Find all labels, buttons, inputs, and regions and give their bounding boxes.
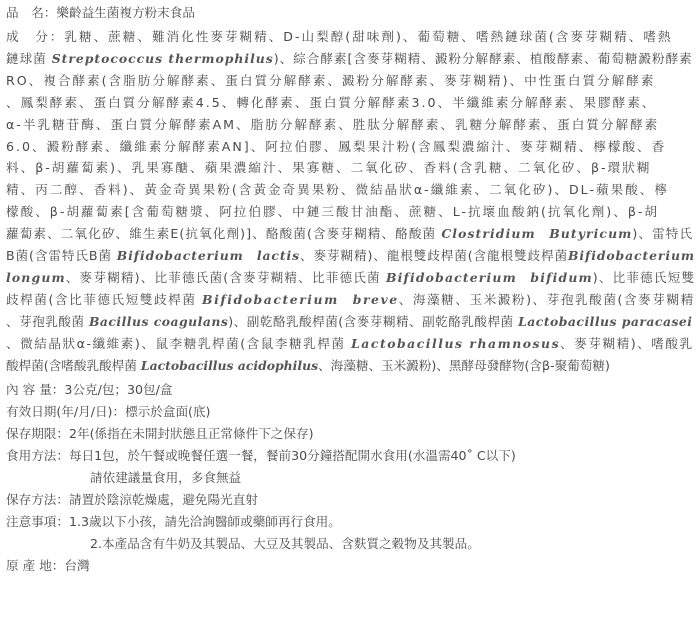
ingredients-line: 蘿蔔素、二氧化矽、維生素E(抗氧化劑)]、酪酸菌(含麥芽糊精、酪酸菌 Clost… bbox=[6, 223, 694, 245]
ingredients-line: longum、麥芽糊精)、比菲德氏菌(含麥芽糊精、比菲德氏菌 Bifidobac… bbox=[6, 267, 694, 289]
expiry-date-label: 有效日期(年/月/日)： bbox=[6, 401, 125, 423]
shelf-life-value: 2年(係指在未開封狀態且正常條件下之保存) bbox=[69, 423, 314, 445]
usage-line-1: 每日1包，於午餐或晚餐任選一餐，餐前30分鐘搭配開水食用(水溫需40˚ C以下) bbox=[69, 445, 516, 467]
storage-row: 保存方法： 請置於陰涼乾燥處，避免陽光直射 bbox=[6, 489, 696, 511]
ingredients-line: 、微結晶狀α-纖維素)、鼠李糖乳桿菌(含鼠李糖乳桿菌 Lactobacillus… bbox=[6, 333, 694, 355]
expiry-date-value: 標示於盒面(底) bbox=[125, 401, 210, 423]
scientific-name: Bifidobacterium bbox=[568, 248, 695, 263]
usage-row-2: 請依建議量食用，多食無益 bbox=[6, 467, 696, 489]
ingredients-line: 6.0、澱粉酵素、纖維素分解酵素AN]、阿拉伯膠、鳳梨果汁粉(含鳳梨濃縮汁、麥芽… bbox=[6, 136, 694, 158]
ingredients-line: 精、丙二醇、香料)、黃金奇異果粉(含黃金奇異果粉、微結晶狀α-纖維素、二氧化矽)… bbox=[6, 179, 694, 201]
scientific-name: Bifidobacterium breve bbox=[202, 292, 399, 307]
net-content-row: 內 容 量： 3公克/包；30包/盒 bbox=[6, 379, 696, 401]
scientific-name: Bacillus coagulans bbox=[89, 314, 228, 329]
notes-row: 注意事項： 1.3歲以下小孩，請先洽詢醫師或藥師再行食用。 bbox=[6, 511, 696, 533]
storage-value: 請置於陰涼乾燥處，避免陽光直射 bbox=[69, 489, 258, 511]
origin-row: 原 產 地： 台灣 bbox=[6, 555, 696, 577]
product-name-value: 樂齡益生菌複方粉末食品 bbox=[56, 2, 195, 24]
product-name-label: 品 名： bbox=[6, 2, 56, 24]
notes-row-2: 2.本產品含有牛奶及其製品、大豆及其製品、含麩質之穀物及其製品。 bbox=[6, 533, 696, 555]
ingredients-line: 鏈球菌 Streptococcus thermophilus)、綜合酵素[含麥芽… bbox=[6, 48, 694, 70]
usage-row: 食用方法： 每日1包，於午餐或晚餐任選一餐，餐前30分鐘搭配開水食用(水溫需40… bbox=[6, 445, 696, 467]
ingredients-line: 、鳳梨酵素、蛋白質分解酵素4.5、轉化酵素、蛋白質分解酵素3.0、半纖維素分解酵… bbox=[6, 92, 694, 114]
scientific-name: Lactobacillus acidophilus bbox=[141, 358, 318, 373]
net-content-label: 內 容 量： bbox=[6, 379, 64, 401]
scientific-name: longum bbox=[6, 270, 66, 285]
ingredients-section: 成 分：乳糖、蔗糖、難消化性麥芽糊精、D-山梨醇(甜味劑)、葡萄糖、嗜熱鏈球菌(… bbox=[6, 26, 696, 377]
product-name-row: 品 名： 樂齡益生菌複方粉末食品 bbox=[6, 2, 696, 24]
scientific-name: Lactobacillus paracasei bbox=[518, 314, 692, 329]
ingredients-lines: 成 分：乳糖、蔗糖、難消化性麥芽糊精、D-山梨醇(甜味劑)、葡萄糖、嗜熱鏈球菌(… bbox=[6, 26, 696, 377]
origin-value: 台灣 bbox=[64, 555, 89, 577]
storage-label: 保存方法： bbox=[6, 489, 69, 511]
ingredients-line: 成 分：乳糖、蔗糖、難消化性麥芽糊精、D-山梨醇(甜味劑)、葡萄糖、嗜熱鏈球菌(… bbox=[6, 26, 694, 48]
net-content-value: 3公克/包；30包/盒 bbox=[64, 379, 172, 401]
shelf-life-label: 保存期限： bbox=[6, 423, 69, 445]
ingredients-line: 檬酸、β-胡蘿蔔素[含葡萄糖漿、阿拉伯膠、中鏈三酸甘油酯、蔗糖、L-抗壞血酸鈉(… bbox=[6, 201, 694, 223]
ingredients-line: 歧桿菌(含比菲德氏短雙歧桿菌 Bifidobacterium breve、海藻糖… bbox=[6, 289, 694, 311]
notes-line-1: 1.3歲以下小孩，請先洽詢醫師或藥師再行食用。 bbox=[69, 511, 341, 533]
expiry-date-row: 有效日期(年/月/日)： 標示於盒面(底) bbox=[6, 401, 696, 423]
product-label-document: 品 名： 樂齡益生菌複方粉末食品 成 分：乳糖、蔗糖、難消化性麥芽糊精、D-山梨… bbox=[0, 0, 696, 577]
shelf-life-row: 保存期限： 2年(係指在未開封狀態且正常條件下之保存) bbox=[6, 423, 696, 445]
scientific-name: Lactobacillus rhamnosus bbox=[351, 336, 560, 351]
ingredients-line: 酸桿菌(含嗜酸乳酸桿菌 Lactobacillus acidophilus、海藻… bbox=[6, 355, 694, 377]
origin-label: 原 產 地： bbox=[6, 555, 64, 577]
notes-line-2: 2.本產品含有牛奶及其製品、大豆及其製品、含麩質之穀物及其製品。 bbox=[90, 533, 480, 555]
ingredients-line: α-半乳糖苷酶、蛋白質分解酵素AM、脂肪分解酵素、胜肽分解酵素、乳糖分解酵素、蛋… bbox=[6, 114, 694, 136]
usage-label: 食用方法： bbox=[6, 445, 69, 467]
ingredients-label: 成 分： bbox=[6, 29, 64, 44]
scientific-name: Streptococcus thermophilus bbox=[52, 51, 274, 66]
ingredients-line: 料、β-胡蘿蔔素)、乳果寡醣、蘋果濃縮汁、果寡糖、二氧化矽、香料(含乳糖、二氧化… bbox=[6, 157, 694, 179]
ingredients-line: RO、複合酵素(含脂肪分解酵素、蛋白質分解酵素、澱粉分解酵素、麥芽糊精)、中性蛋… bbox=[6, 70, 694, 92]
ingredients-line: B菌(含雷特氏B菌 Bifidobacterium lactis、麥芽糊精)、龍… bbox=[6, 245, 694, 267]
usage-line-2: 請依建議量食用，多食無益 bbox=[90, 467, 241, 489]
scientific-name: Bifidobacterium bifidum bbox=[386, 270, 593, 285]
ingredients-line: 、芽孢乳酸菌 Bacillus coagulans)、副乾酪乳酸桿菌(含麥芽糊精… bbox=[6, 311, 694, 333]
scientific-name: Bifidobacterium lactis bbox=[117, 248, 300, 263]
notes-label: 注意事項： bbox=[6, 511, 69, 533]
scientific-name: Clostridium Butyricum bbox=[441, 226, 632, 241]
